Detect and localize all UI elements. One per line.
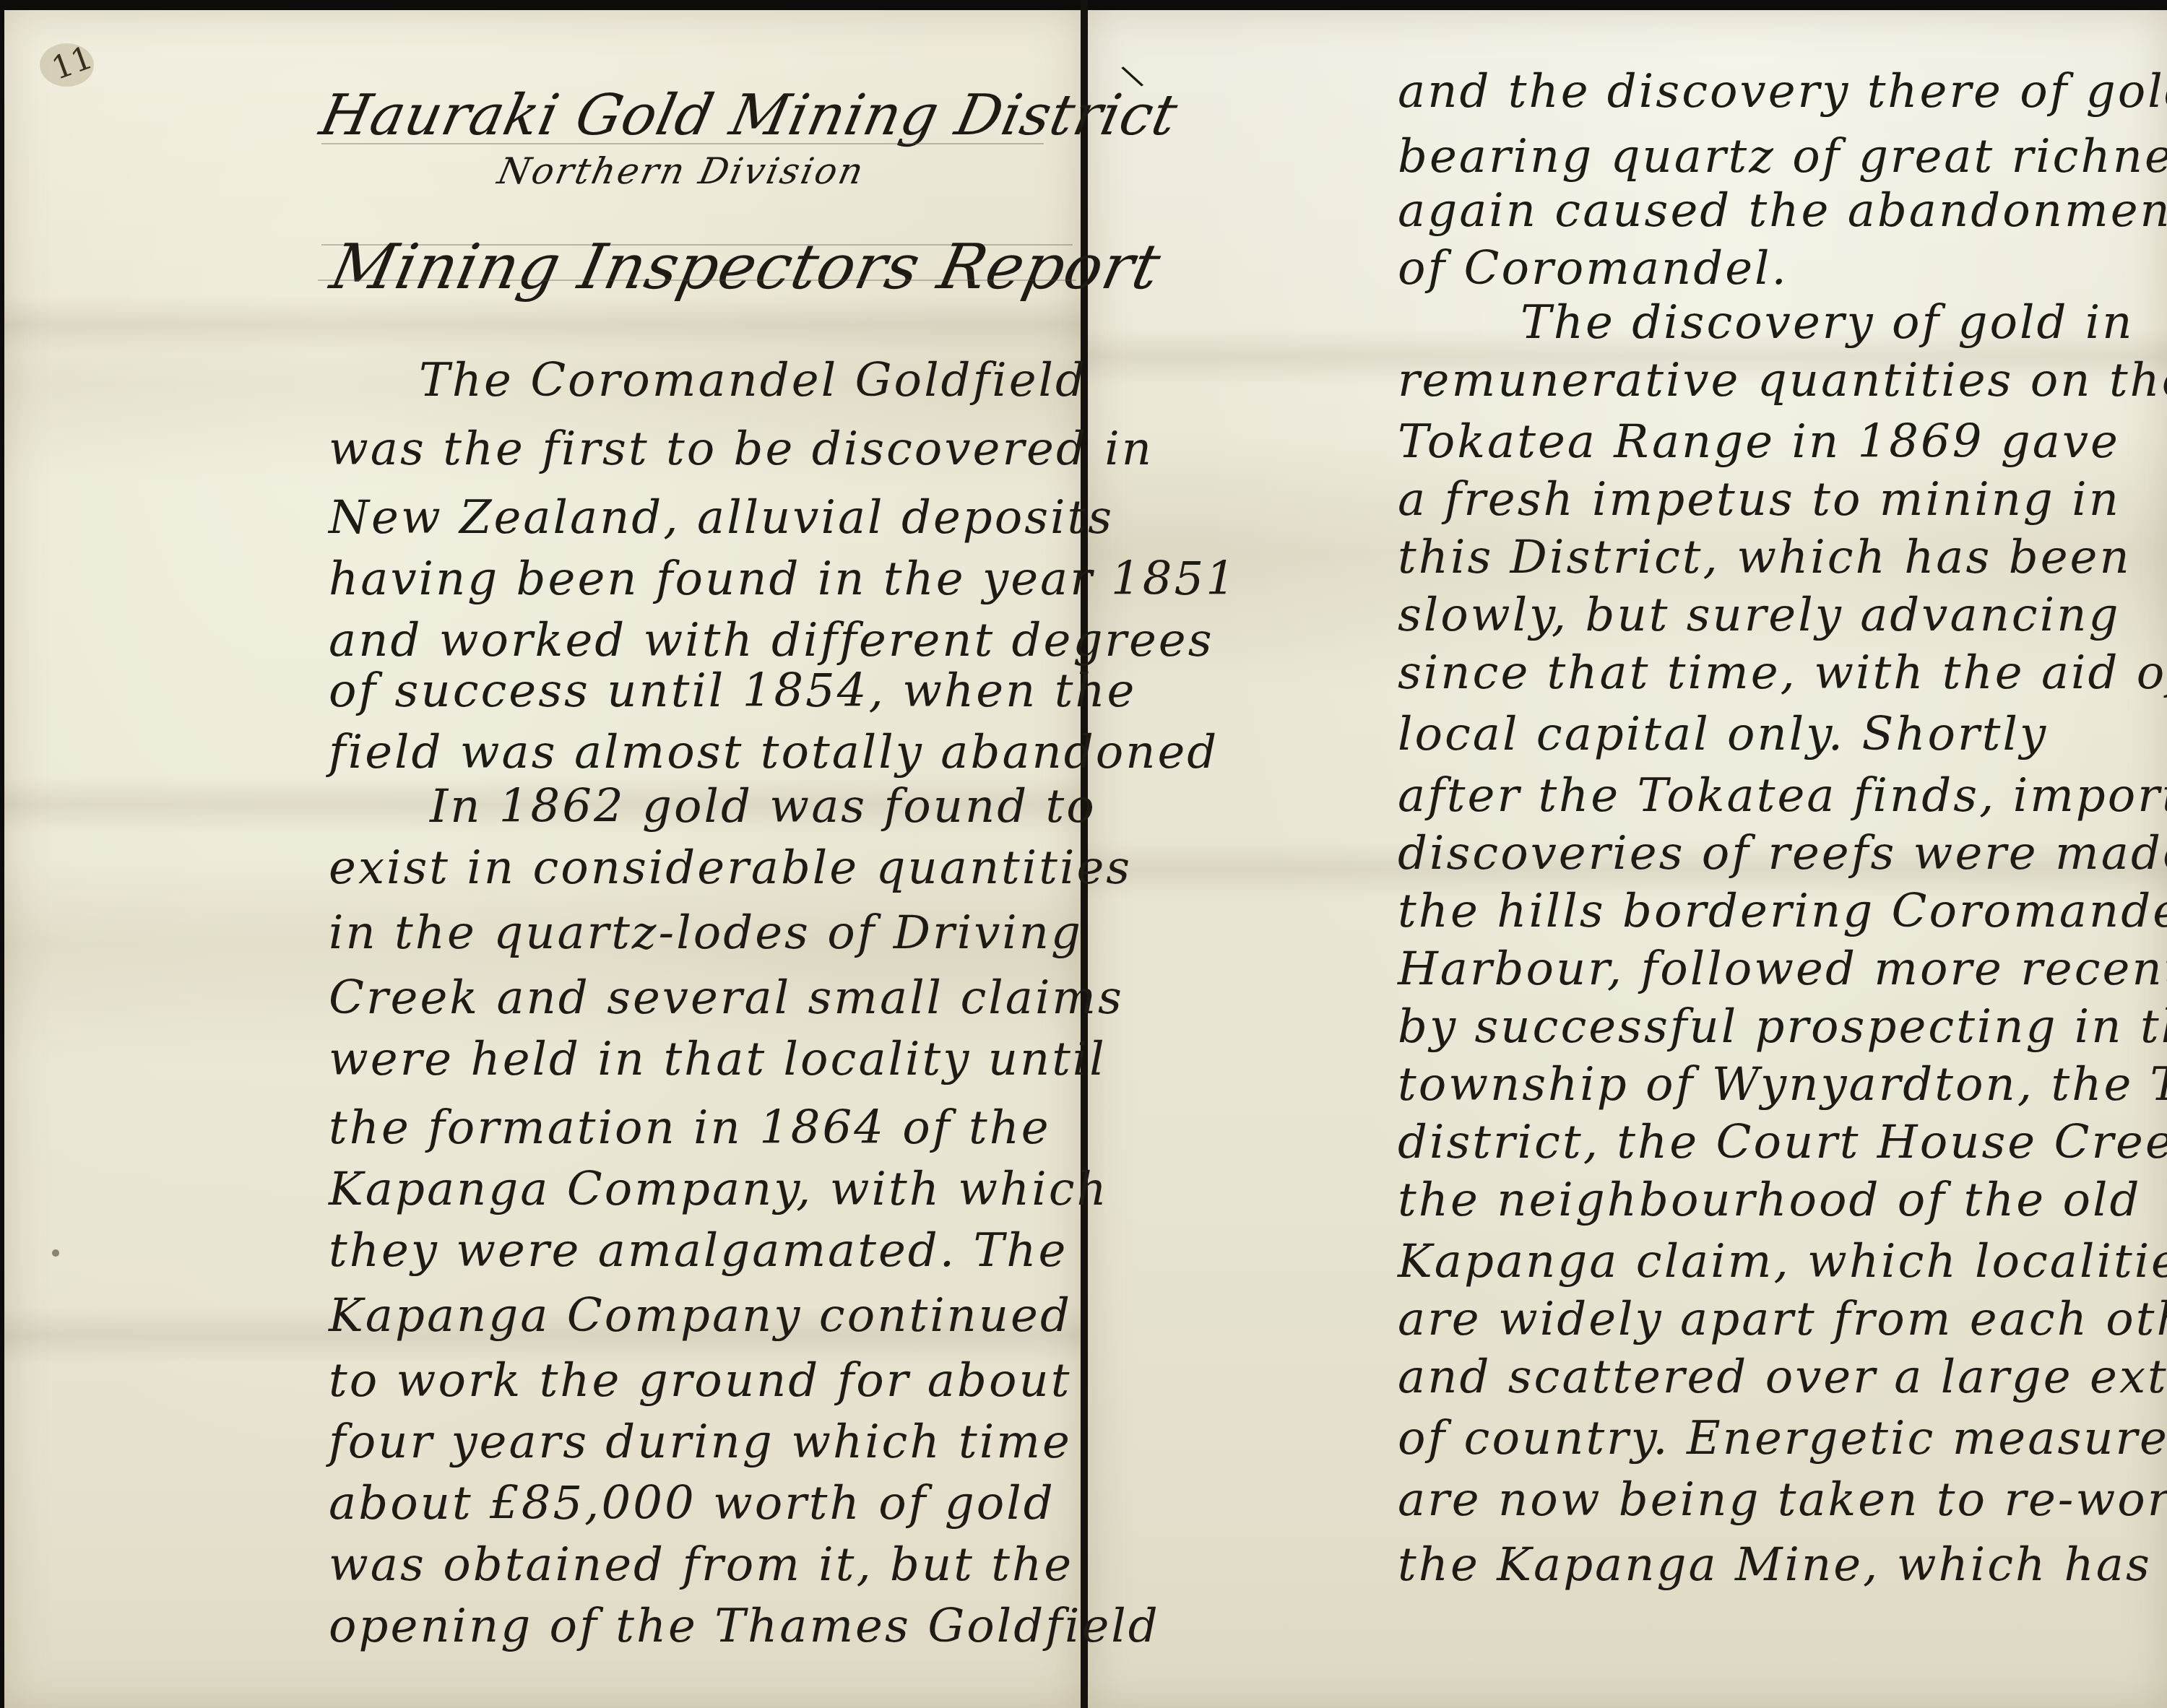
text-line: exist in considerable quantities	[329, 841, 1132, 895]
text-line: they were amalgamated. The	[329, 1224, 1068, 1278]
text-line: again caused the abandonment	[1398, 184, 2167, 238]
text-line: the Kapanga Mine, which has	[1398, 1538, 2152, 1592]
text-line: discoveries of reefs were made in	[1398, 827, 2167, 880]
text-line: of success until 1854, when the	[329, 664, 1136, 718]
text-line: bearing quartz of great richness	[1398, 130, 2167, 183]
text-line: Creek and several small claims	[329, 971, 1124, 1025]
text-line: field was almost totally abandoned	[329, 726, 1219, 779]
text-line: district, the Court House Creek, and	[1398, 1116, 2167, 1169]
text-line: the neighbourhood of the old	[1398, 1174, 2142, 1227]
text-line: having been found in the year 1851	[329, 552, 1237, 606]
text-line: Harbour, followed more recently	[1398, 942, 2167, 996]
text-line: local capital only. Shortly	[1398, 708, 2048, 761]
text-line: Kapanga Company, with which	[329, 1163, 1109, 1216]
text-line: Kapanga claim, which localities	[1398, 1235, 2167, 1288]
text-line: by successful prospecting in the	[1398, 1000, 2167, 1054]
text-line: since that time, with the aid of	[1398, 646, 2167, 700]
text-line: a fresh impetus to mining in	[1398, 473, 2121, 526]
text-line: New Zealand, alluvial deposits	[329, 491, 1114, 545]
ink-stain	[40, 43, 94, 87]
text-line: of country. Energetic measures	[1398, 1412, 2167, 1465]
text-line: to work the ground for about	[329, 1354, 1071, 1408]
text-line: were held in that locality until	[329, 1033, 1107, 1086]
text-line: this District, which has been	[1398, 531, 2132, 584]
text-line: remunerative quantities on the	[1398, 354, 2167, 407]
ink-spot	[52, 1249, 59, 1257]
text-line: opening of the Thames Goldfield	[329, 1600, 1160, 1653]
district-heading: Hauraki Gold Mining District	[314, 83, 1183, 148]
text-line: in the quartz-lodes of Driving	[329, 906, 1083, 960]
text-line: after the Tokatea finds, important	[1398, 769, 2167, 823]
text-line: Kapanga Company continued	[329, 1289, 1072, 1343]
text-line: township of Wynyardton, the Tiki	[1398, 1058, 2167, 1111]
text-line: and worked with different degrees	[329, 614, 1214, 667]
paper-fold-shadow	[4, 295, 1081, 353]
title-underline	[318, 279, 1076, 281]
text-line: of Coromandel.	[1398, 242, 1788, 295]
text-line: In 1862 gold was found to	[430, 780, 1097, 833]
text-line: the formation in 1864 of the	[329, 1101, 1051, 1155]
text-line: are now being taken to re-work	[1398, 1473, 2167, 1527]
text-line: The Coromandel Goldfield	[419, 354, 1087, 407]
text-line: and scattered over a large extent	[1398, 1351, 2167, 1404]
text-line: was the first to be discovered in	[329, 422, 1154, 476]
text-line: are widely apart from each other	[1398, 1293, 2167, 1346]
text-line: and the discovery there of gold-	[1398, 65, 2167, 118]
text-line: four years during which time	[329, 1416, 1072, 1469]
header-rule	[321, 143, 1044, 144]
text-line: The discovery of gold in	[1521, 296, 2134, 350]
division-heading: Northern Division	[494, 150, 869, 192]
text-line: about £85,000 worth of gold	[329, 1477, 1055, 1530]
text-line: Tokatea Range in 1869 gave	[1398, 415, 2120, 469]
text-line: was obtained from it, but the	[329, 1538, 1073, 1592]
text-line: slowly, but surely advancing	[1398, 589, 2120, 642]
report-title: Mining Inspectors Report	[324, 231, 1167, 303]
text-line: the hills bordering Coromandel	[1398, 885, 2167, 938]
